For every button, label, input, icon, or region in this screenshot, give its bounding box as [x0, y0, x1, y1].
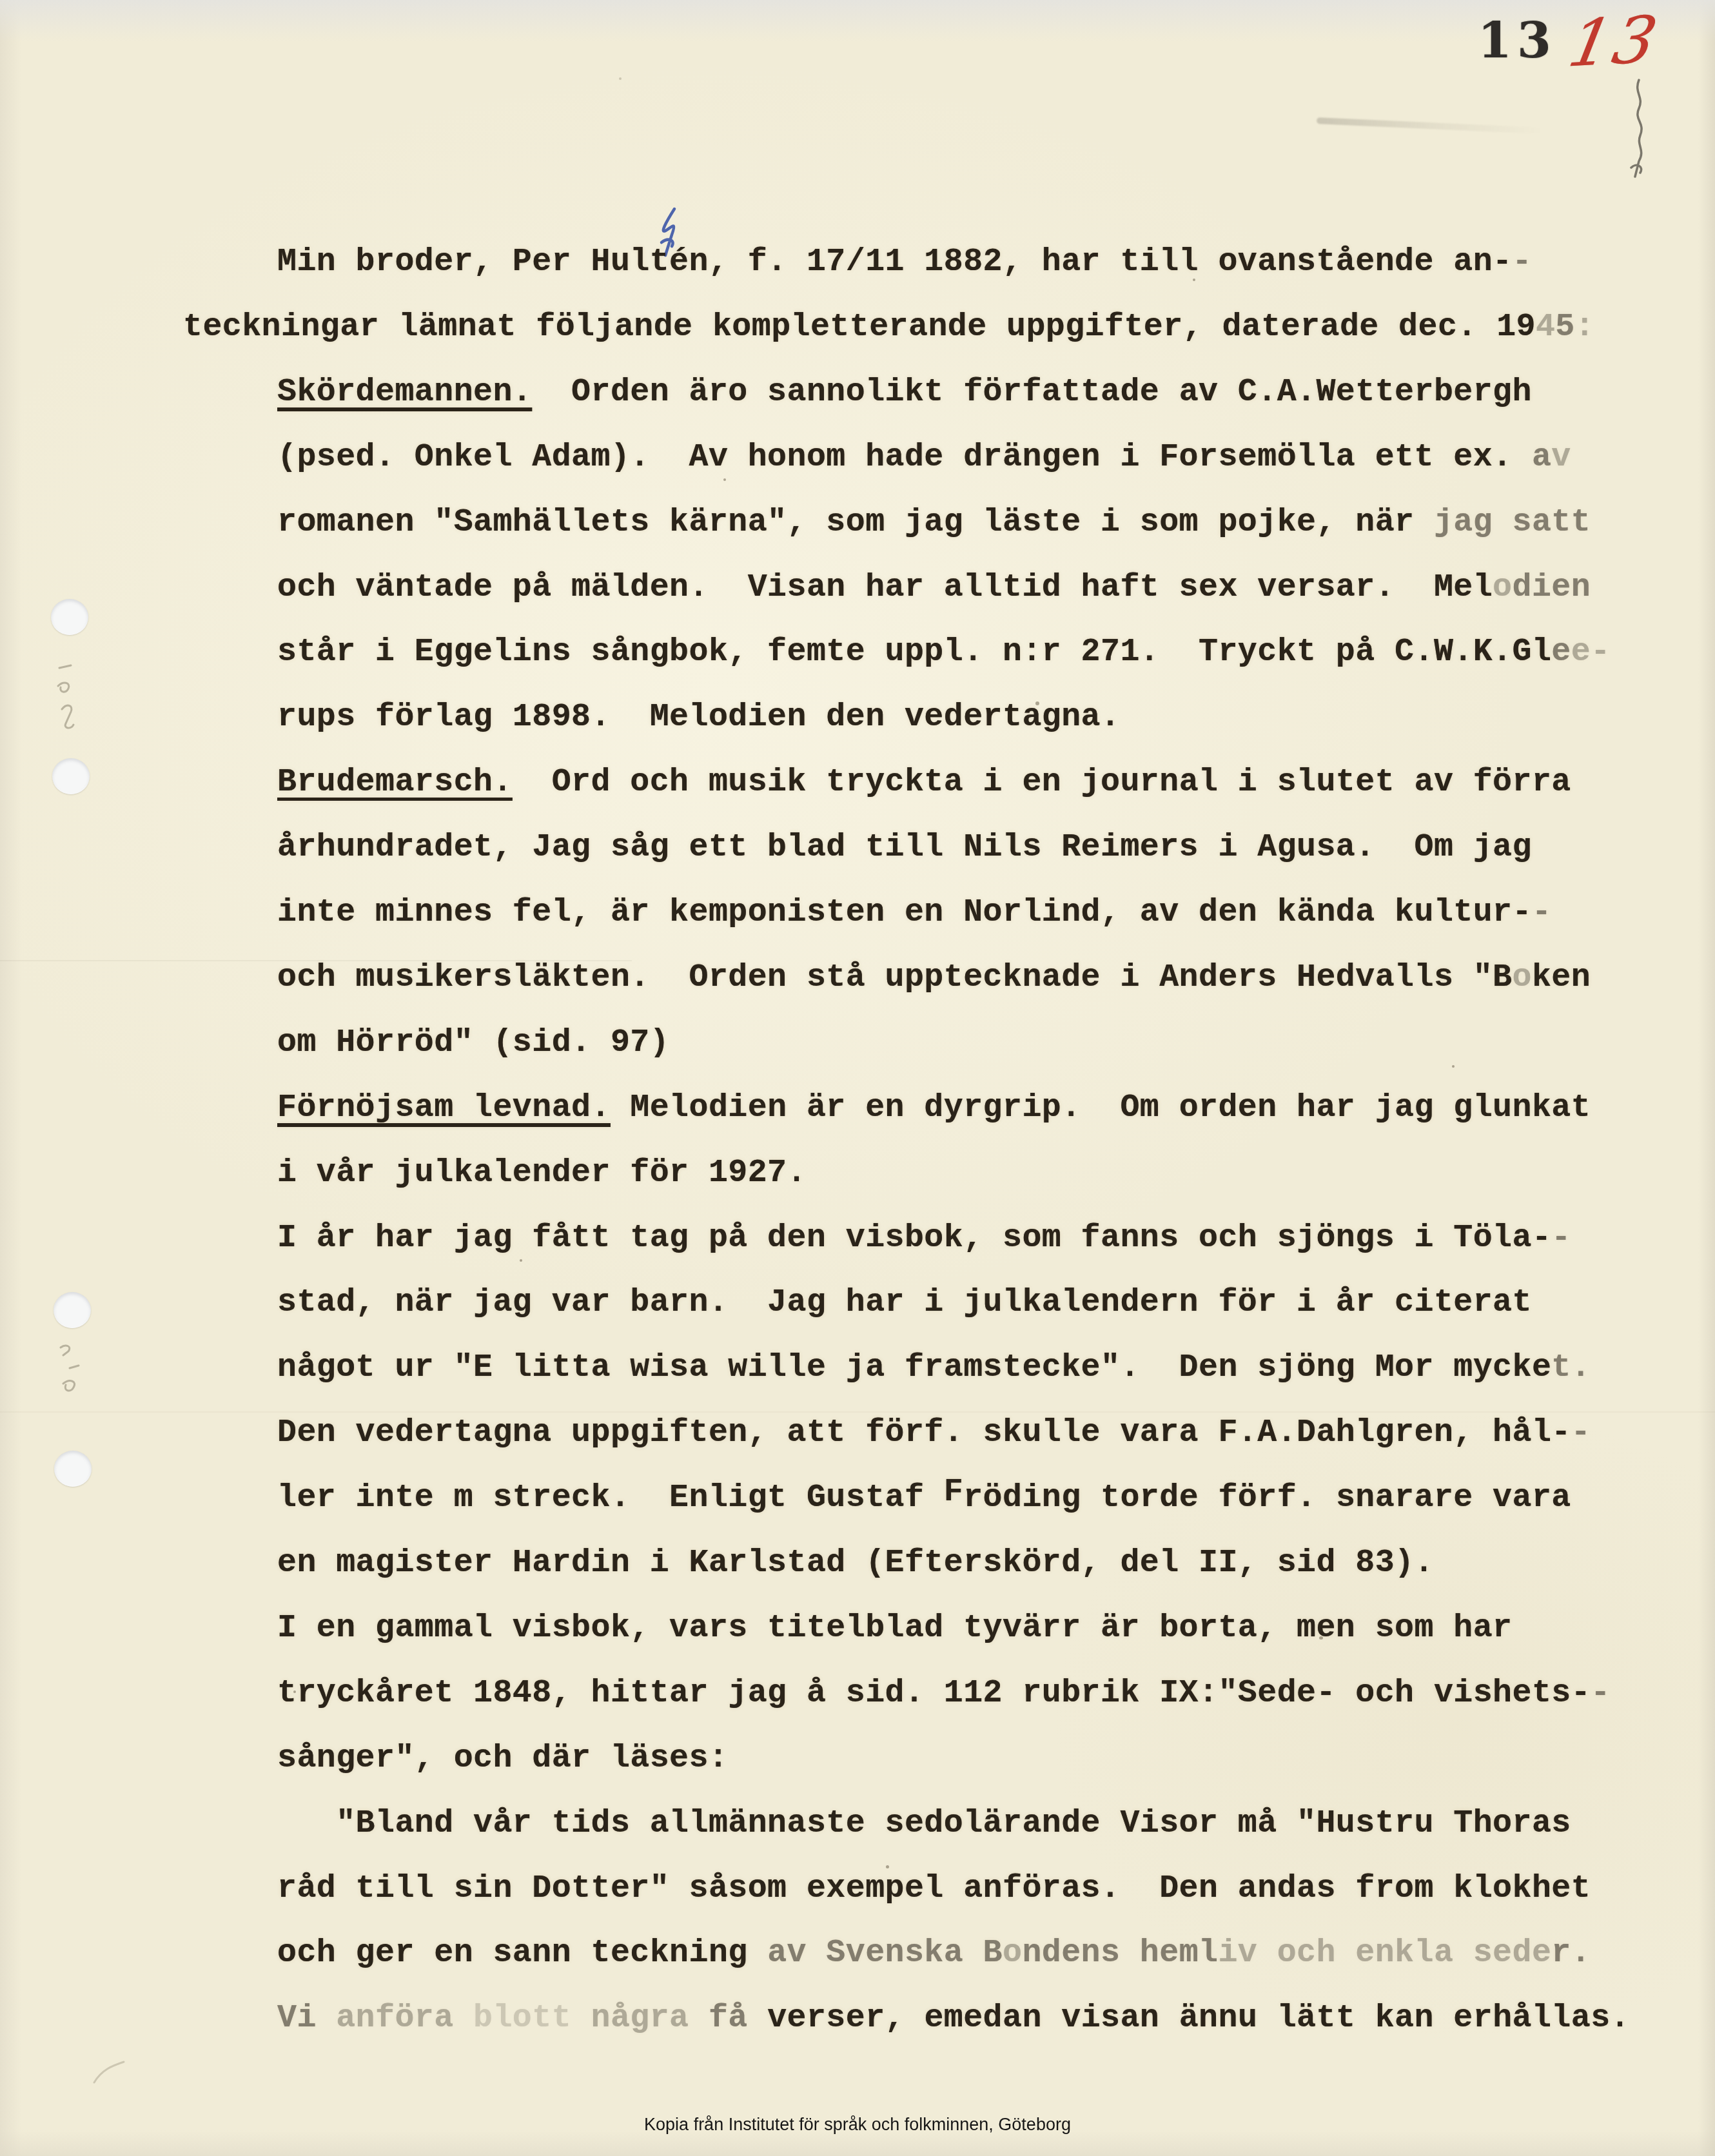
text-segment: Melodien är en dyrgrip. Om orden har jag…: [611, 1090, 1591, 1126]
text-segment: Vi: [277, 2000, 336, 2037]
text-segment: och ger en sann teckning: [277, 1935, 767, 1972]
text-segment: o: [1513, 959, 1532, 996]
typewritten-line: Den vedertagna uppgiften, att förf. skul…: [277, 1415, 1591, 1451]
text-segment: rups förlag 1898. Melodien den vedertagn…: [277, 699, 1120, 736]
text-segment: -: [1591, 1675, 1610, 1712]
text-segment: o: [1003, 1935, 1022, 1972]
typewritten-line: I en gammal visbok, vars titelblad tyvär…: [277, 1611, 1513, 1647]
text-segment: romanen "Samhällets kärna", som jag läst…: [277, 504, 1434, 541]
ink-scratch: [1620, 77, 1658, 181]
text-segment: Orden äro sannolikt författade av C.A.We…: [532, 374, 1532, 411]
typewritten-line: stad, när jag var barn. Jag har i julkal…: [277, 1285, 1532, 1321]
text-segment: råd till sin Dotter" såsom exempel anför…: [277, 1870, 1591, 1907]
text-segment: Ord och musik tryckta i en journal i slu…: [513, 764, 1571, 801]
typewritten-line: något ur "E litta wisa wille ja framstec…: [277, 1350, 1591, 1386]
text-segment: få: [709, 2000, 767, 2037]
typewritten-line: rups förlag 1898. Melodien den vedertagn…: [277, 700, 1120, 736]
scanned-typewritten-page: 13 13 Min broder, Per Hultén, f. 17/11 1…: [0, 0, 1715, 2156]
archive-footer: Kopia från Institutet för språk och folk…: [644, 2115, 1071, 2135]
text-segment: något ur "E litta wisa wille ja framstec…: [277, 1349, 1551, 1386]
paper-speck: [619, 77, 622, 80]
text-segment: -: [1551, 1220, 1571, 1257]
text-segment: 4: [1536, 309, 1555, 346]
text-segment: vers: [767, 2000, 846, 2037]
text-segment: anföra: [336, 2000, 473, 2037]
typewritten-line: om Hörröd" (sid. 97): [277, 1025, 669, 1061]
text-segment: ndens heml: [1022, 1935, 1218, 1972]
typewritten-line: står i Eggelins sångbok, femte uppl. n:r…: [277, 634, 1611, 671]
typewritten-line: romanen "Samhällets kärna", som jag läst…: [277, 505, 1591, 541]
punch-hole: [51, 599, 88, 635]
text-segment: iv och enkla sede: [1218, 1935, 1551, 1972]
text-segment: stad, när jag var barn. Jag har i julkal…: [277, 1284, 1532, 1321]
typewritten-line: sånger", och där läses:: [277, 1741, 728, 1777]
text-segment: dien: [1513, 569, 1591, 606]
paper-crease: [0, 1411, 1715, 1413]
typewritten-line: och musikersläkten. Orden stå upptecknad…: [277, 960, 1591, 996]
text-segment: "Bland vår tids allmännaste sedolärande …: [277, 1805, 1571, 1842]
typewritten-line: tryckåret 1848, hittar jag å sid. 112 ru…: [277, 1676, 1611, 1712]
text-segment: sånger", och där läses:: [277, 1740, 728, 1777]
page-number-handwritten: 13: [1563, 2, 1666, 82]
typewritten-line: århundradet, Jag såg ett blad till Nils …: [277, 830, 1532, 866]
text-segment: e-: [1571, 634, 1611, 671]
typewritten-line: i vår julkalender för 1927.: [277, 1155, 807, 1191]
typewritten-line: I år har jag fått tag på den visbok, som…: [277, 1220, 1571, 1257]
text-segment: av Svenska B: [767, 1935, 1003, 1972]
text-segment: inte minnes fel, är kemponisten en Norli…: [277, 894, 1532, 931]
typewritten-line: Förnöjsam levnad. Melodien är en dyrgrip…: [277, 1090, 1591, 1126]
typewritten-line: inte minnes fel, är kemponisten en Norli…: [277, 895, 1551, 931]
paper-speck: [520, 1259, 522, 1262]
text-segment: några: [591, 2000, 709, 2037]
text-segment: Den vedertagna uppgiften, att förf. skul…: [277, 1415, 1571, 1451]
pencil-scribble: [57, 1342, 89, 1407]
typewritten-line: Skördemannen. Orden äro sannolikt förfat…: [277, 375, 1532, 411]
punch-hole: [54, 1451, 92, 1487]
typewritten-line: och ger en sann teckning av Svenska Bond…: [277, 1935, 1591, 1972]
text-segment: Brudemarsch.: [277, 764, 513, 801]
typewritten-line: "Bland vår tids allmännaste sedolärande …: [277, 1806, 1571, 1842]
text-segment: århundradet, Jag såg ett blad till Nils …: [277, 829, 1532, 866]
typewritten-line: och väntade på mälden. Visan har alltid …: [277, 570, 1591, 606]
punch-hole: [54, 1292, 91, 1328]
text-segment: ken: [1532, 959, 1591, 996]
smudge-streak: [1317, 117, 1543, 134]
text-segment: och väntade på mälden. Visan har alltid …: [277, 569, 1493, 606]
text-segment: -: [1571, 1415, 1591, 1451]
text-segment: om Hörröd" (sid. 97): [277, 1024, 669, 1061]
text-segment: ler inte m streck. Enligt Gustaf: [277, 1480, 944, 1516]
text-segment: o: [1493, 569, 1512, 606]
typewritten-line: råd till sin Dotter" såsom exempel anför…: [277, 1871, 1591, 1907]
text-segment: (psed. Onkel Adam). Av honom hade dränge…: [277, 439, 1532, 476]
text-segment: e: [1551, 634, 1571, 671]
typewritten-line: teckningar lämnat följande kompletterand…: [183, 309, 1594, 346]
pencil-scribble: [54, 664, 86, 735]
text-segment: och musikersläkten. Orden stå upptecknad…: [277, 959, 1513, 996]
typewritten-line: ler inte m streck. Enligt Gustaf Fröding…: [277, 1480, 1571, 1516]
text-segment: tryckåret 1848, hittar jag å sid. 112 ru…: [277, 1675, 1591, 1712]
paper-speck: [723, 478, 726, 481]
text-segment: -: [1532, 894, 1551, 931]
text-segment: :: [1575, 309, 1594, 346]
text-segment: Skördemannen.: [277, 374, 532, 411]
text-segment: r.: [1551, 1935, 1591, 1972]
text-segment: -: [1513, 244, 1532, 280]
paper-speck: [1452, 1065, 1455, 1068]
text-segment: F: [944, 1474, 963, 1511]
text-segment: a: [1532, 439, 1551, 476]
paper-speck: [886, 1865, 889, 1868]
text-segment: I en gammal visbok, vars titelblad tyvär…: [277, 1610, 1513, 1647]
typewritten-line: Min broder, Per Hultén, f. 17/11 1882, h…: [277, 244, 1532, 280]
text-segment: i vår julkalender för 1927.: [277, 1155, 807, 1191]
text-segment: jag satt: [1434, 504, 1591, 541]
text-segment: v: [1551, 439, 1571, 476]
page-number-stamp: 13: [1478, 12, 1556, 69]
text-segment: t.: [1551, 1349, 1591, 1386]
text-segment: blott: [473, 2000, 591, 2037]
punch-hole: [52, 758, 90, 794]
text-segment: röding torde förf. snarare vara: [963, 1480, 1571, 1516]
pencil-scribble: [90, 2057, 129, 2089]
text-segment: 5: [1555, 309, 1574, 346]
text-segment: teckningar lämnat följande kompletterand…: [183, 309, 1536, 346]
text-segment: står i Eggelins sångbok, femte uppl. n:r…: [277, 634, 1551, 671]
typewritten-line: Brudemarsch. Ord och musik tryckta i en …: [277, 765, 1571, 801]
typewritten-line: Vi anföra blott några få verser, emedan …: [277, 2001, 1630, 2037]
typewritten-line: en magister Hardin i Karlstad (Efterskör…: [277, 1545, 1434, 1582]
text-segment: er, emedan visan ännu lätt kan erhållas.: [846, 2000, 1630, 2037]
text-segment: I år har jag fått tag på den visbok, som…: [277, 1220, 1551, 1257]
text-segment: en magister Hardin i Karlstad (Efterskör…: [277, 1545, 1434, 1582]
text-segment: Förnöjsam levnad.: [277, 1090, 611, 1126]
text-segment: Min broder, Per Hultén, f. 17/11 1882, h…: [277, 244, 1513, 280]
typewritten-line: (psed. Onkel Adam). Av honom hade dränge…: [277, 440, 1571, 476]
